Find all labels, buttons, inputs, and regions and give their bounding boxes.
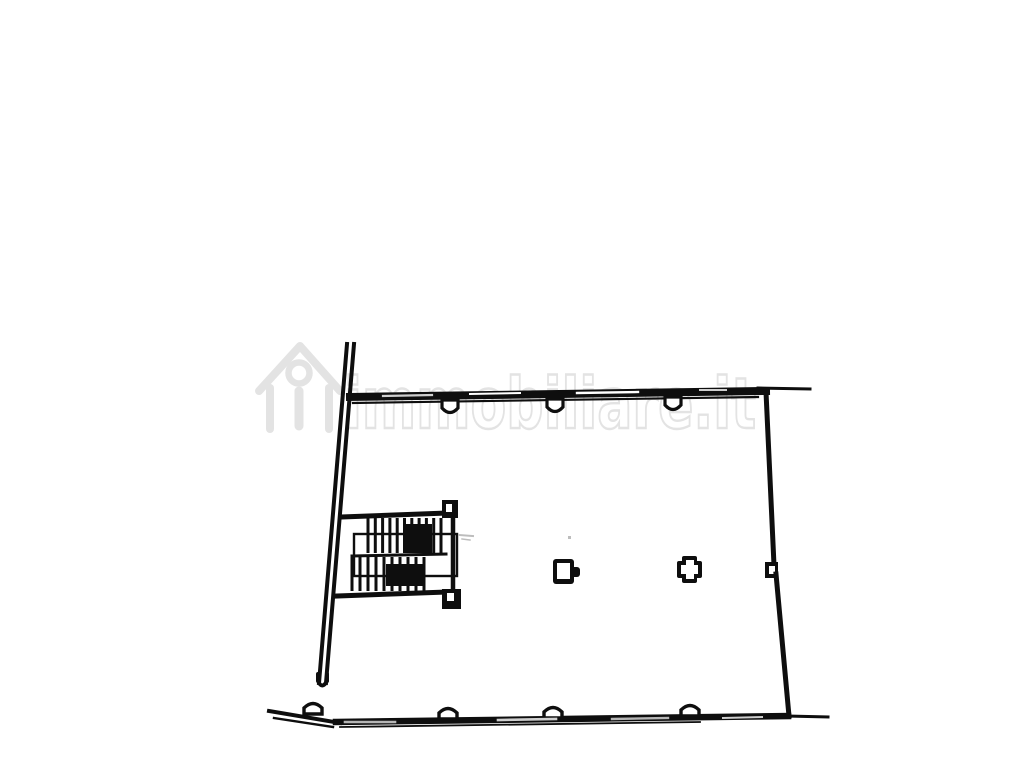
wall-streak-6 [498, 719, 556, 720]
window-mark-bottom-1 [304, 704, 322, 715]
stair-ink-blob-lower [386, 564, 424, 586]
stair-mid-line [352, 554, 446, 556]
stair-top-cap-inner [446, 504, 452, 512]
house-window-circle [289, 363, 310, 384]
top-wall-extension [758, 388, 810, 389]
wall-streak-3 [577, 392, 638, 393]
scan-artifact-dash-2 [462, 539, 470, 540]
house-logo-icon [259, 346, 340, 429]
right-wall-lower [776, 574, 789, 716]
door-mark-top-2 [547, 399, 563, 412]
floor-plan-drawing: immobiliare.it [0, 0, 1024, 768]
column-left-inner [557, 563, 570, 579]
left-wall-end-cap [318, 674, 327, 686]
bottom-wall-extension [787, 716, 828, 717]
door-mark-top-3 [665, 397, 681, 410]
scan-artifact-dot [568, 536, 571, 539]
column-left-nub [570, 567, 580, 577]
door-mark-top-1 [442, 400, 458, 413]
stair-top-line [341, 513, 448, 517]
stair-bottom-cap-inner [447, 593, 454, 601]
scan-artifact-dash-1 [459, 535, 473, 536]
wall-streak-7 [612, 718, 668, 719]
wall-streak-8 [723, 717, 762, 718]
wall-streak-1 [383, 395, 432, 396]
floorplan-page: immobiliare.it [0, 0, 1024, 768]
window-mark-bottom-4 [681, 706, 699, 717]
right-wall-upper [766, 392, 774, 565]
stair-bottom-line [337, 592, 448, 596]
window-mark-bottom-3 [544, 708, 562, 719]
column-cross-v-inner [686, 560, 694, 579]
stair-ink-blob-upper [406, 524, 432, 553]
window-mark-bottom-2 [439, 709, 457, 720]
wall-streak-2 [470, 393, 520, 394]
